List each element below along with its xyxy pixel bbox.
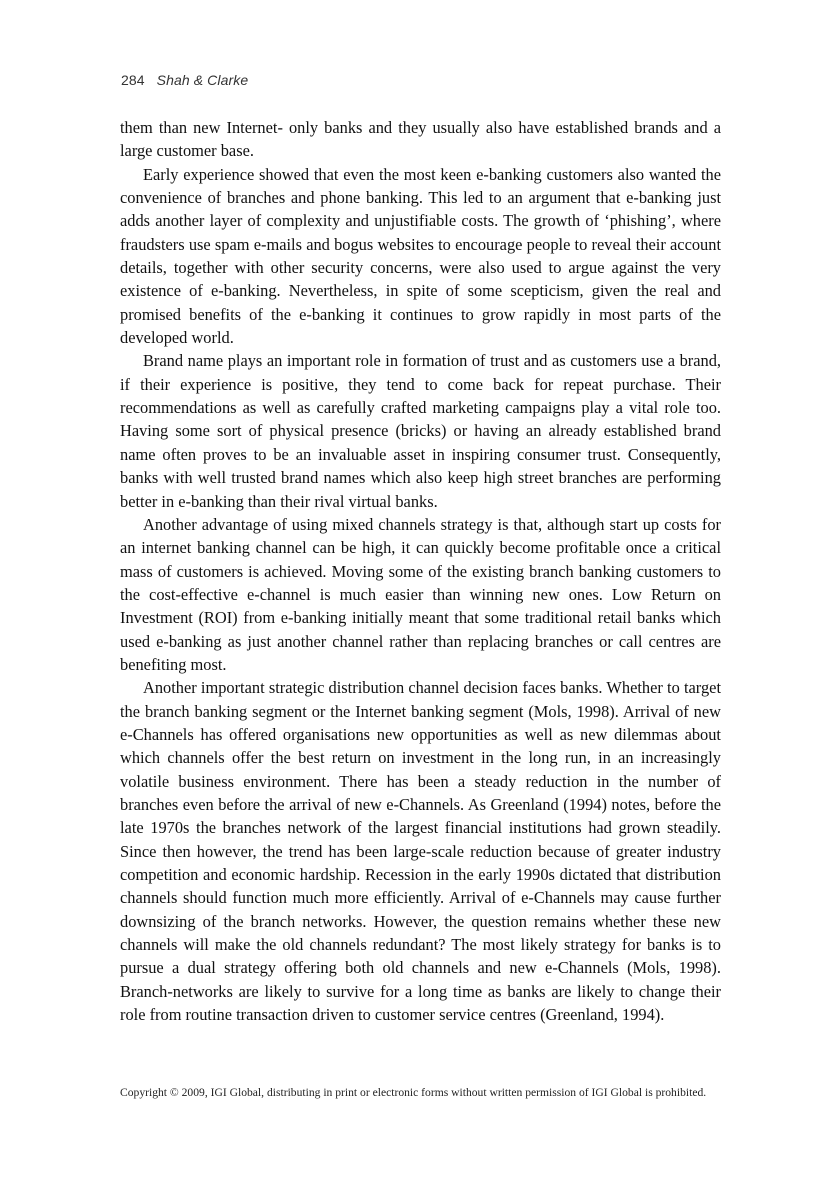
paragraph: them than new Internet- only banks and t… bbox=[120, 116, 721, 163]
copyright-footer: Copyright © 2009, IGI Global, distributi… bbox=[120, 1085, 722, 1101]
paragraph: Early experience showed that even the mo… bbox=[120, 163, 721, 350]
paragraph: Another advantage of using mixed channel… bbox=[120, 513, 721, 676]
body-text: them than new Internet- only banks and t… bbox=[120, 116, 721, 1026]
running-head-authors: Shah & Clarke bbox=[157, 72, 249, 88]
page-number: 284 bbox=[121, 72, 145, 88]
running-head: 284 Shah & Clarke bbox=[121, 72, 248, 88]
paragraph: Brand name plays an important role in fo… bbox=[120, 349, 721, 512]
paragraph: Another important strategic distribution… bbox=[120, 676, 721, 1026]
